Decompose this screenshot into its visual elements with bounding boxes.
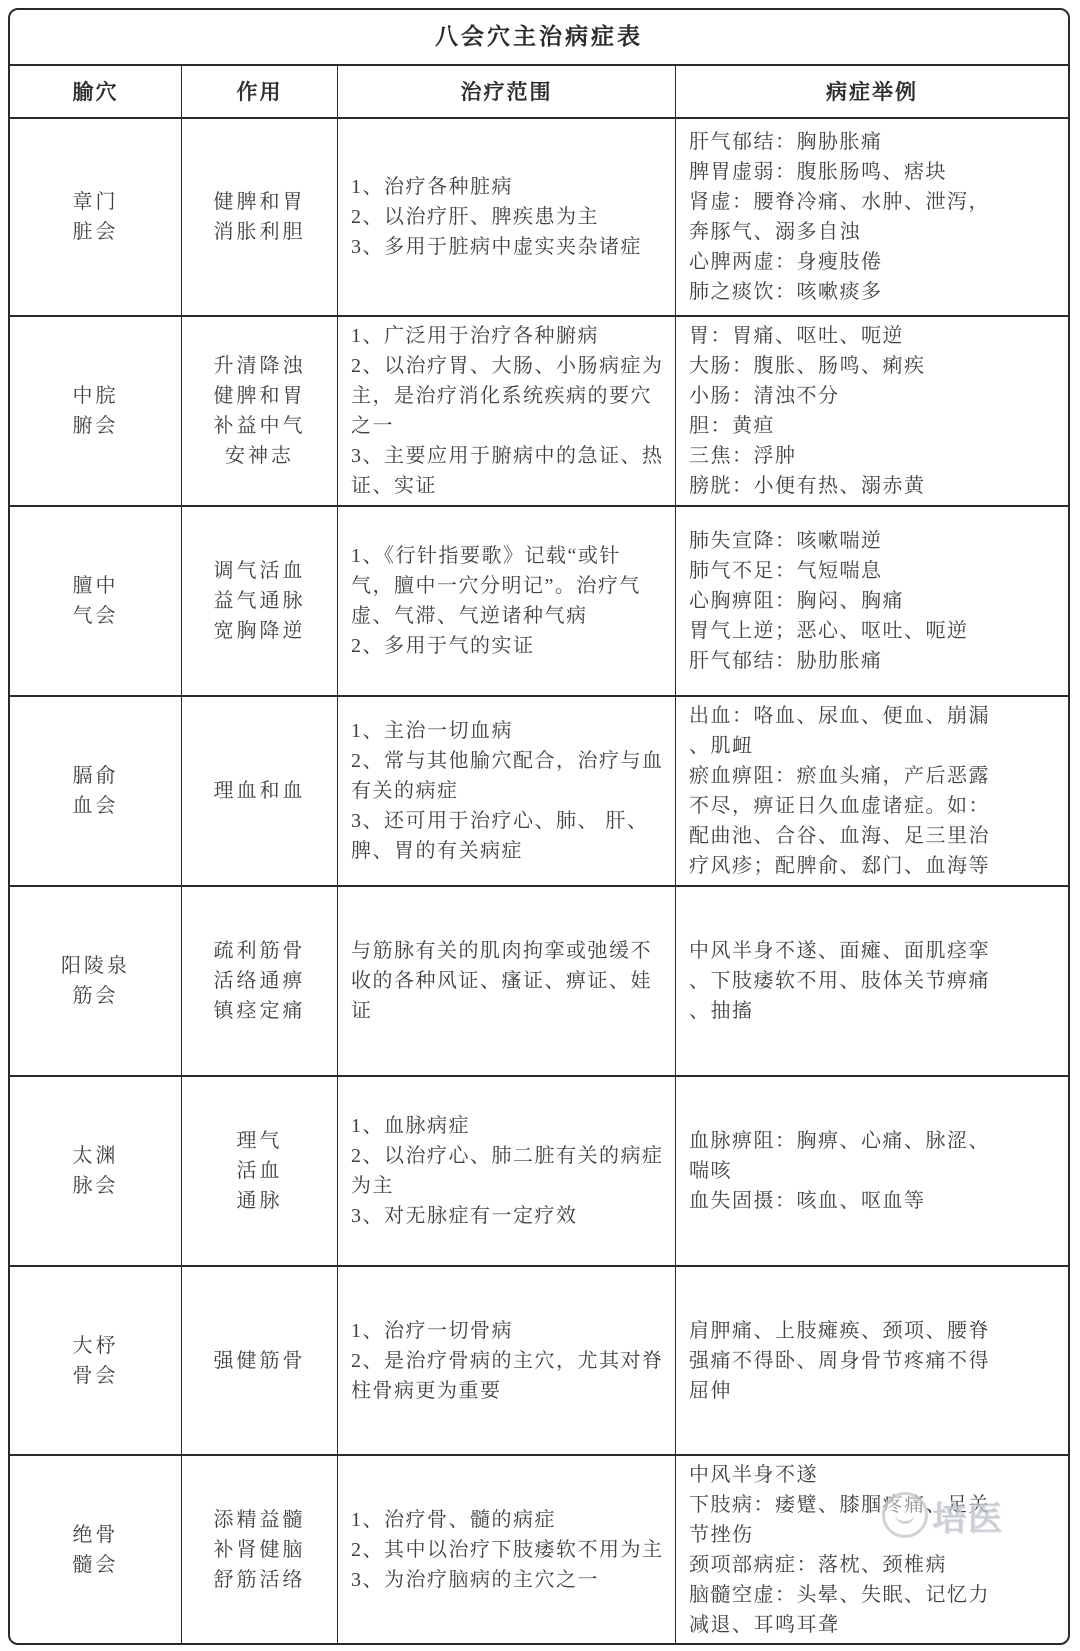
table-title-row: 八会穴主治病症表 [10,10,1068,64]
cell-point: 太渊 脉会 [10,1075,181,1265]
cell-examples: 血脉痹阻：胸痹、心痛、脉涩、 喘咳 血失固摄：咳血、呕血等 [675,1075,1068,1265]
cell-point: 膈俞 血会 [10,695,181,885]
cell-examples: 出血：咯血、尿血、便血、崩漏 、肌衄 瘀血痹阻：瘀血头痛，产后恶露 不尽，痹证日… [675,695,1068,885]
cell-action: 强健筋骨 [181,1265,337,1454]
cell-examples: 中风半身不遂 下肢病：痿躄、膝腘疼痛、足关 节挫伤 颈项部病症：落枕、颈椎病 脑… [675,1454,1068,1643]
cell-scope: 1、《行针指要歌》记载“或针 气，膻中一穴分明记”。治疗气 虚、气滞、气逆诸种气… [337,505,675,695]
cell-point: 阳陵泉 筋会 [10,885,181,1075]
cell-examples: 肩胛痛、上肢瘫痪、颈项、腰脊 强痛不得卧、周身骨节疼痛不得 屈伸 [675,1265,1068,1454]
cell-scope: 与筋脉有关的肌肉拘挛或弛缓不 收的各种风证、瘙证、痹证、娃 证 [337,885,675,1075]
cell-scope: 1、血脉病症 2、以治疗心、肺二脏有关的病症 为主 3、对无脉症有一定疗效 [337,1075,675,1265]
column-header-action: 作用 [181,64,337,117]
cell-action: 调气活血 益气通脉 宽胸降逆 [181,505,337,695]
column-header-examples: 病症举例 [675,64,1068,117]
cell-action: 健脾和胃 消胀利胆 [181,117,337,315]
eight-meeting-points-table: 八会穴主治病症表 腧穴 作用 治疗范围 病症举例 章门 脏会 健脾和胃 消胀利胆… [8,8,1070,1645]
column-header-scope: 治疗范围 [337,64,675,117]
cell-scope: 1、主治一切血病 2、常与其他腧穴配合，治疗与血 有关的病症 3、还可用于治疗心… [337,695,675,885]
column-header-point: 腧穴 [10,64,181,117]
cell-point: 膻中 气会 [10,505,181,695]
cell-examples: 肺失宣降：咳嗽喘逆 肺气不足：气短喘息 心胸痹阻：胸闷、胸痛 胃气上逆；恶心、呕… [675,505,1068,695]
cell-scope: 1、广泛用于治疗各种腑病 2、以治疗胃、大肠、小肠病症为 主，是治疗消化系统疾病… [337,315,675,505]
cell-action: 理血和血 [181,695,337,885]
cell-scope: 1、治疗骨、髓的病症 2、其中以治疗下肢痿软不用为主 3、为治疗脑病的主穴之一 [337,1454,675,1643]
cell-examples: 肝气郁结：胸胁胀痛 脾胃虚弱：腹胀肠鸣、痞块 肾虚：腰脊冷痛、水肿、泄泻， 奔豚… [675,117,1068,315]
cell-action: 理气 活血 通脉 [181,1075,337,1265]
cell-point: 绝骨 髓会 [10,1454,181,1643]
cell-action: 添精益髓 补肾健脑 舒筋活络 [181,1454,337,1643]
cell-point: 大杼 骨会 [10,1265,181,1454]
cell-action: 升清降浊 健脾和胃 补益中气 安神志 [181,315,337,505]
cell-point: 章门 脏会 [10,117,181,315]
cell-scope: 1、治疗一切骨病 2、是治疗骨病的主穴，尤其对脊 柱骨病更为重要 [337,1265,675,1454]
cell-examples: 中风半身不遂、面瘫、面肌痉挛 、下肢痿软不用、肢体关节痹痛 、抽搐 [675,885,1068,1075]
cell-examples: 胃：胃痛、呕吐、呃逆 大肠：腹胀、肠鸣、痢疾 小肠：清浊不分 胆：黄疸 三焦：浮… [675,315,1068,505]
cell-action: 疏利筋骨 活络通痹 镇痉定痛 [181,885,337,1075]
page-title: 八会穴主治病症表 [435,22,643,52]
cell-point: 中脘 腑会 [10,315,181,505]
cell-scope: 1、治疗各种脏病 2、以治疗肝、脾疾患为主 3、多用于脏病中虚实夹杂诸症 [337,117,675,315]
